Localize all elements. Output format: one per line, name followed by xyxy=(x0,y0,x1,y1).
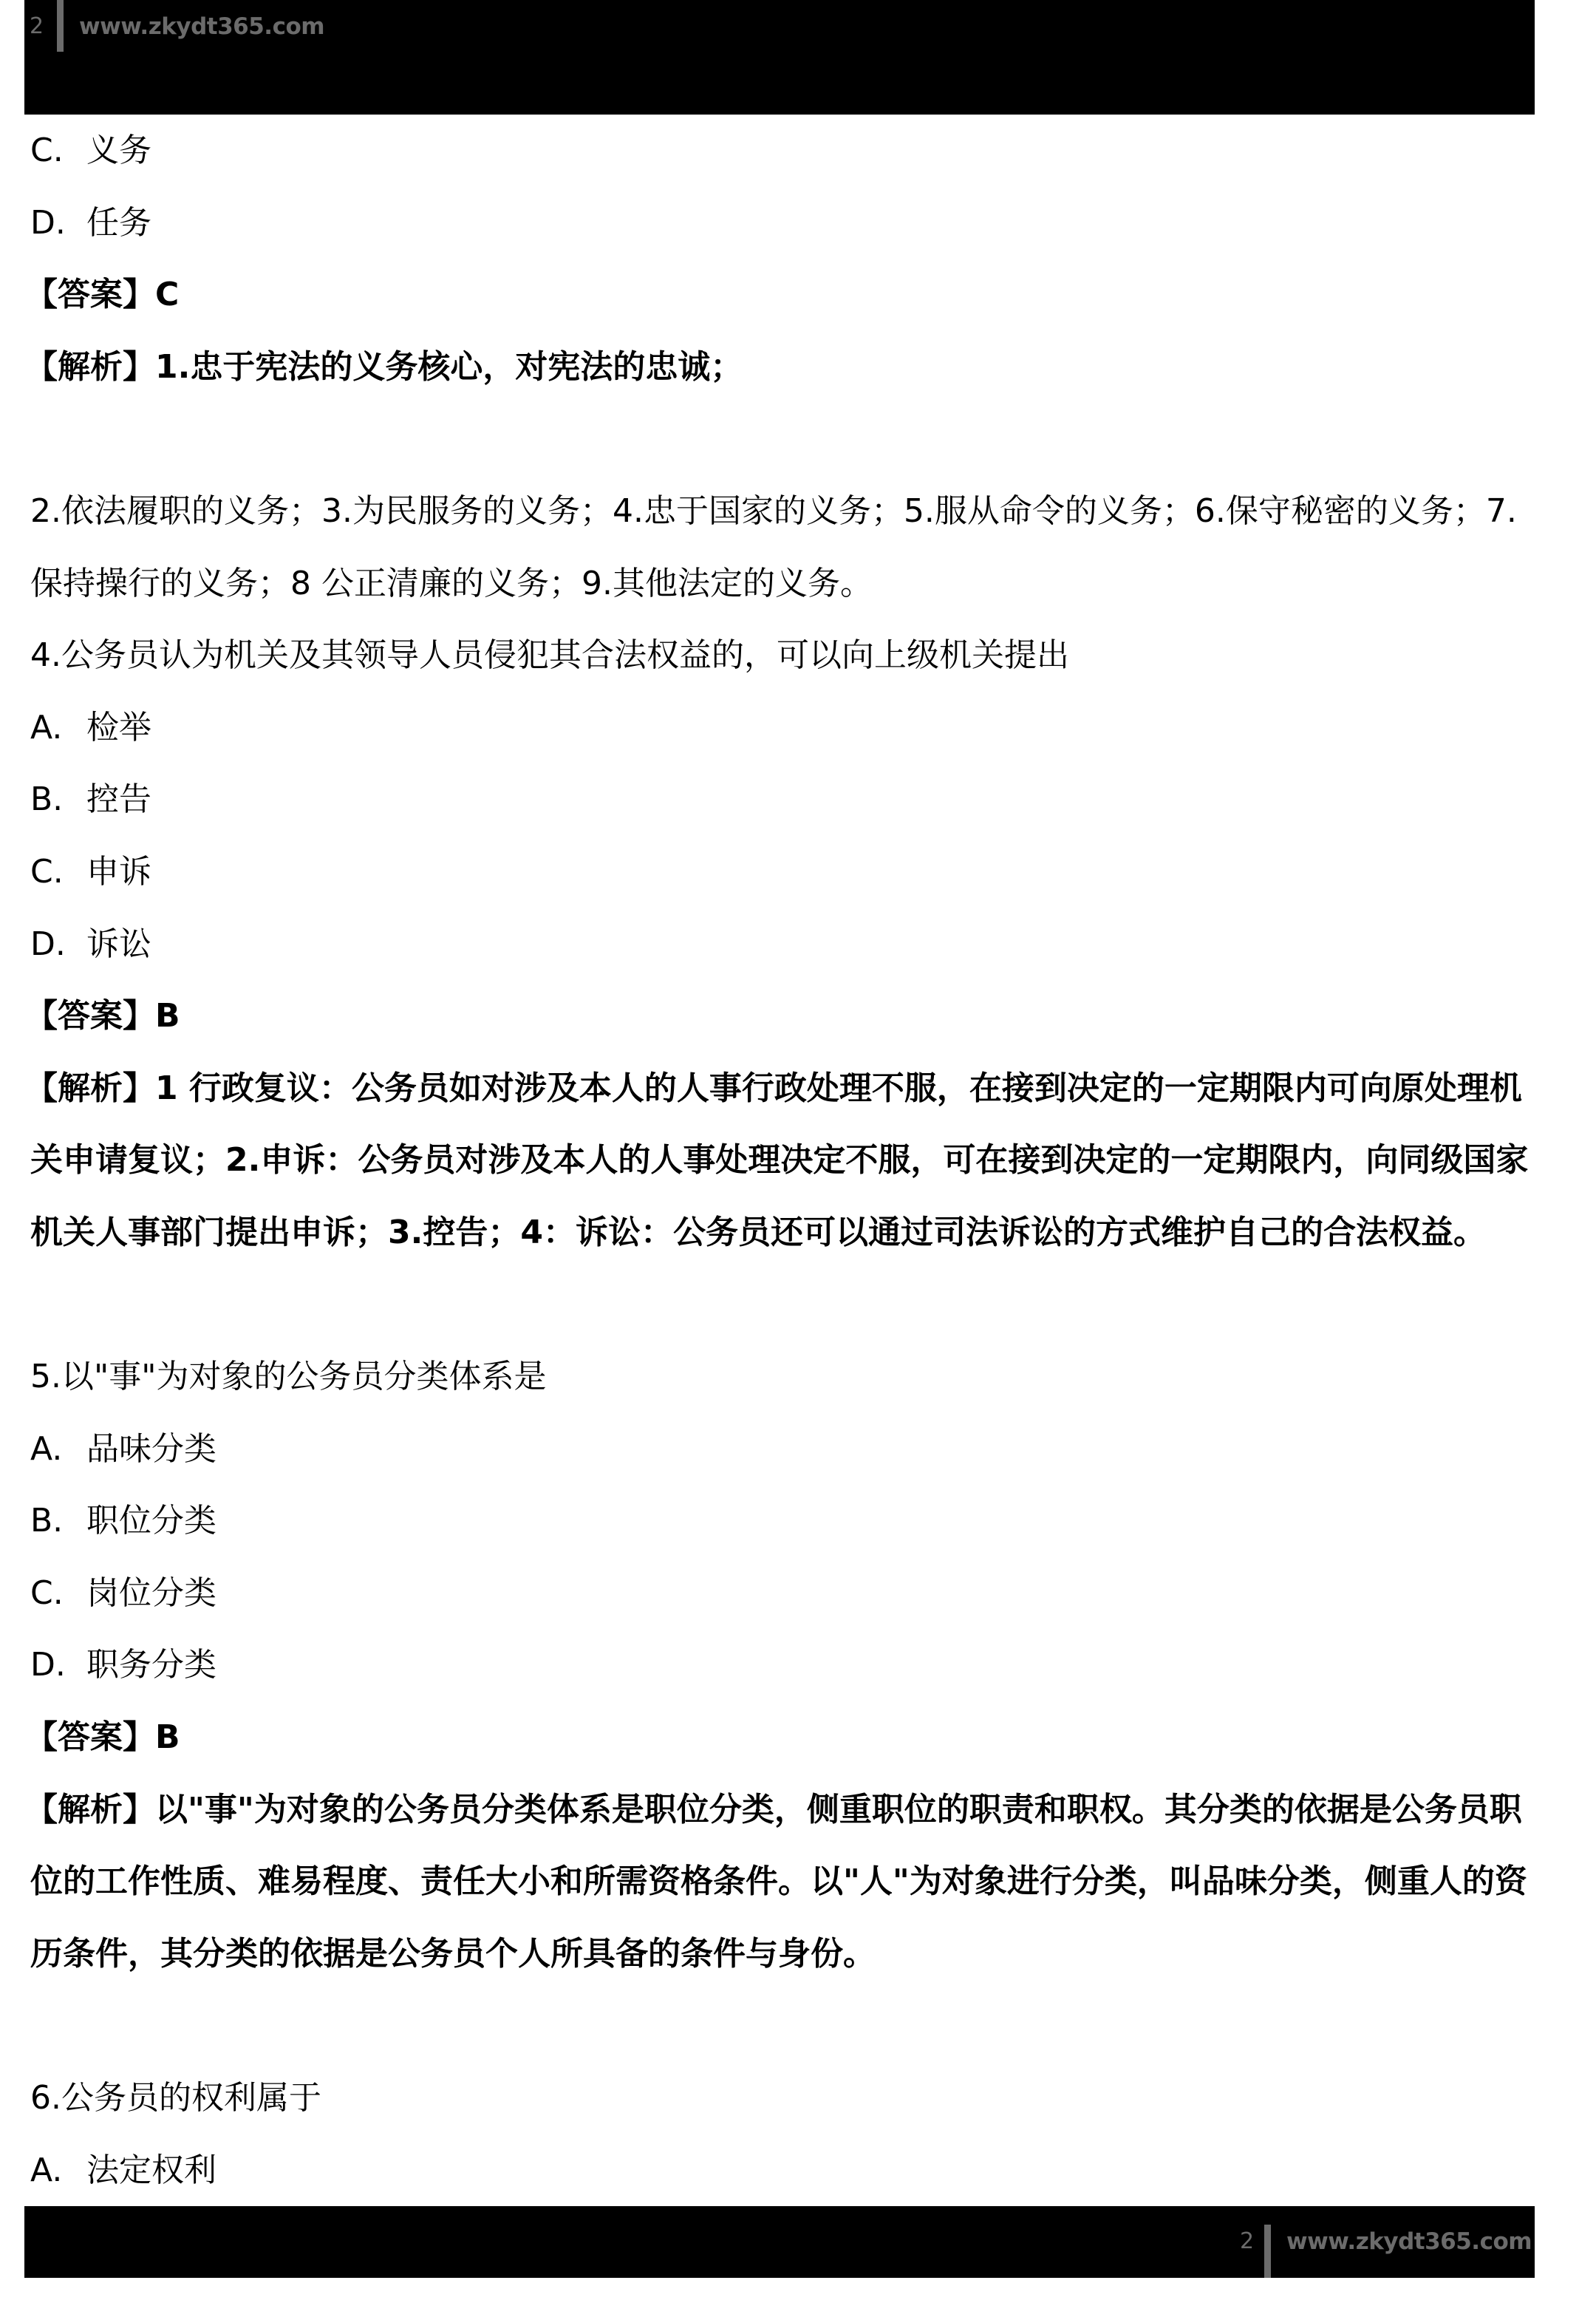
q5-answer: 【答案】B xyxy=(0,1701,1596,1774)
q4-analysis-line: 机关人事部门提出申诉；3.控告；4：诉讼：公务员还可以通过司法诉讼的方式维护自己… xyxy=(0,1197,1596,1269)
option-letter: D. xyxy=(30,908,86,981)
header-divider xyxy=(57,0,64,52)
page-footer: 2 www.zkydt365.com xyxy=(24,2206,1535,2278)
option-letter: C. xyxy=(30,115,86,187)
document-body: C.义务 D.任务 【答案】C 【解析】1.忠于宪法的义务核心，对宪法的忠诚； … xyxy=(0,115,1596,2206)
header-page-number: 2 xyxy=(30,13,44,39)
q4-option-d: D.诉讼 xyxy=(0,908,1596,981)
q6-option-a: A.法定权利 xyxy=(0,2134,1596,2207)
q3-analysis-line: 【解析】1.忠于宪法的义务核心，对宪法的忠诚； xyxy=(0,331,1596,404)
option-letter: A. xyxy=(30,1413,86,1486)
q5-option-d: D.职务分类 xyxy=(0,1629,1596,1701)
q3-analysis-cont-line: 保持操行的义务；8 公正清廉的义务；9.其他法定的义务。 xyxy=(0,548,1596,620)
q4-option-c: C.申诉 xyxy=(0,836,1596,908)
option-letter: A. xyxy=(30,692,86,764)
option-text: 申诉 xyxy=(86,853,151,891)
option-text: 法定权利 xyxy=(86,2151,216,2189)
q4-analysis-line: 关申请复议；2.申诉：公务员对涉及本人的人事处理决定不服，可在接到决定的一定期限… xyxy=(0,1124,1596,1197)
option-letter: C. xyxy=(30,1557,86,1630)
option-text: 职位分类 xyxy=(86,1502,216,1539)
q4-analysis-line: 【解析】1 行政复议：公务员如对涉及本人的人事行政处理不服，在接到决定的一定期限… xyxy=(0,1052,1596,1125)
option-text: 任务 xyxy=(86,204,151,242)
spacer xyxy=(0,1269,1596,1341)
option-text: 品味分类 xyxy=(86,1430,216,1468)
q3-option-d: D.任务 xyxy=(0,187,1596,259)
q5-option-b: B.职位分类 xyxy=(0,1485,1596,1557)
footer-site-url: www.zkydt365.com xyxy=(1286,2228,1532,2255)
q5-analysis-line: 位的工作性质、难易程度、责任大小和所需资格条件。以"人"为对象进行分类，叫品味分… xyxy=(0,1845,1596,1918)
page-header: 2 www.zkydt365.com xyxy=(24,0,1535,115)
q6-question: 6.公务员的权利属于 xyxy=(0,2062,1596,2134)
option-text: 职务分类 xyxy=(86,1646,216,1684)
footer-divider xyxy=(1264,2225,1271,2278)
spacer xyxy=(0,1990,1596,2062)
option-letter: A. xyxy=(30,2134,86,2207)
option-text: 义务 xyxy=(86,132,151,169)
q4-answer: 【答案】B xyxy=(0,980,1596,1052)
option-letter: C. xyxy=(30,836,86,908)
q3-option-c: C.义务 xyxy=(0,115,1596,187)
q3-analysis-cont-line: 2.依法履职的义务；3.为民服务的义务；4.忠于国家的义务；5.服从命令的义务；… xyxy=(0,475,1596,548)
option-letter: D. xyxy=(30,187,86,259)
option-text: 检举 xyxy=(86,709,151,746)
q5-analysis-line: 历条件，其分类的依据是公务员个人所具备的条件与身份。 xyxy=(0,1918,1596,1990)
q5-analysis-line: 【解析】以"事"为对象的公务员分类体系是职位分类，侧重职位的职责和职权。其分类的… xyxy=(0,1774,1596,1846)
option-letter: D. xyxy=(30,1629,86,1701)
q4-option-a: A.检举 xyxy=(0,692,1596,764)
q4-question: 4.公务员认为机关及其领导人员侵犯其合法权益的，可以向上级机关提出 xyxy=(0,619,1596,692)
header-site-url: www.zkydt365.com xyxy=(79,13,324,40)
footer-page-number: 2 xyxy=(1240,2228,1254,2254)
option-text: 岗位分类 xyxy=(86,1574,216,1612)
option-text: 控告 xyxy=(86,780,151,818)
option-letter: B. xyxy=(30,1485,86,1557)
option-text: 诉讼 xyxy=(86,925,151,963)
q4-option-b: B.控告 xyxy=(0,763,1596,836)
q5-option-a: A.品味分类 xyxy=(0,1413,1596,1486)
spacer xyxy=(0,403,1596,475)
q3-answer: 【答案】C xyxy=(0,259,1596,331)
option-letter: B. xyxy=(30,763,86,836)
q5-question: 5.以"事"为对象的公务员分类体系是 xyxy=(0,1341,1596,1413)
q5-option-c: C.岗位分类 xyxy=(0,1557,1596,1630)
